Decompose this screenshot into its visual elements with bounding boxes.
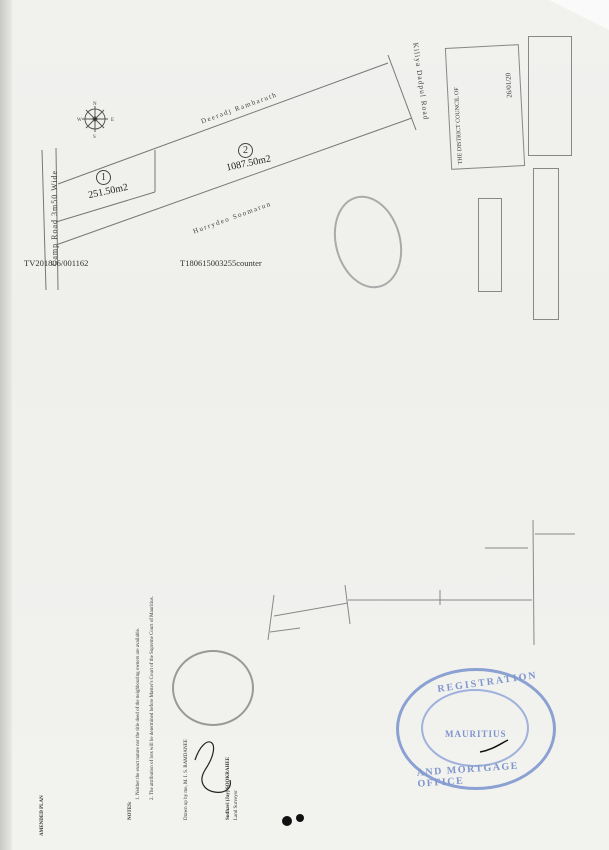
reference-right: T180615003255counter <box>180 258 262 268</box>
svg-text:E: E <box>111 118 114 123</box>
note-2: 2. The attribution of lots will be deter… <box>150 596 156 800</box>
compass-rose-icon <box>82 106 108 132</box>
surveyor-seal <box>172 650 254 726</box>
council-approval-box: THE DISTRICT COUNCIL OF 26/01/20 <box>445 44 525 170</box>
location-map <box>268 520 575 645</box>
stamp-inner-ring <box>421 689 529 767</box>
council-date: 26/01/20 <box>505 73 512 98</box>
schedule-table-top <box>528 36 572 156</box>
lot-1-number: 1 <box>96 170 111 185</box>
council-title: THE DISTRICT COUNCIL OF <box>454 87 464 164</box>
scanned-document-page: N E S W TV201806/001162 T180615003255cou… <box>0 0 609 850</box>
svg-text:S: S <box>93 135 96 140</box>
notes-heading: AMENDED PLAN <box>40 795 46 836</box>
surveyor-name: Sudhavi (Jay) SOOKRAHEE <box>226 757 232 820</box>
svg-text:N: N <box>93 102 97 107</box>
stamp-center-text: MAURITIUS <box>445 729 507 739</box>
punch-hole <box>296 814 304 822</box>
surveyor-role: Land Surveyor <box>234 790 240 820</box>
registration-stamp: REGISTRATION MAURITIUS AND MORTGAGE OFFI… <box>396 668 556 790</box>
notes-label: NOTES: <box>128 801 134 820</box>
schedule-table-right <box>533 168 559 320</box>
punch-hole <box>282 816 292 826</box>
drawn-by: Drawn up by me, M. I. S. RAMDANEE <box>184 739 190 820</box>
schedule-table-mid <box>478 198 502 292</box>
road-label: Camp Road 3m50 Wide <box>50 170 59 266</box>
note-1: 1. Neither the exact nature nor the titl… <box>136 628 142 800</box>
svg-text:W: W <box>77 118 82 123</box>
lot-2-number: 2 <box>238 143 253 158</box>
